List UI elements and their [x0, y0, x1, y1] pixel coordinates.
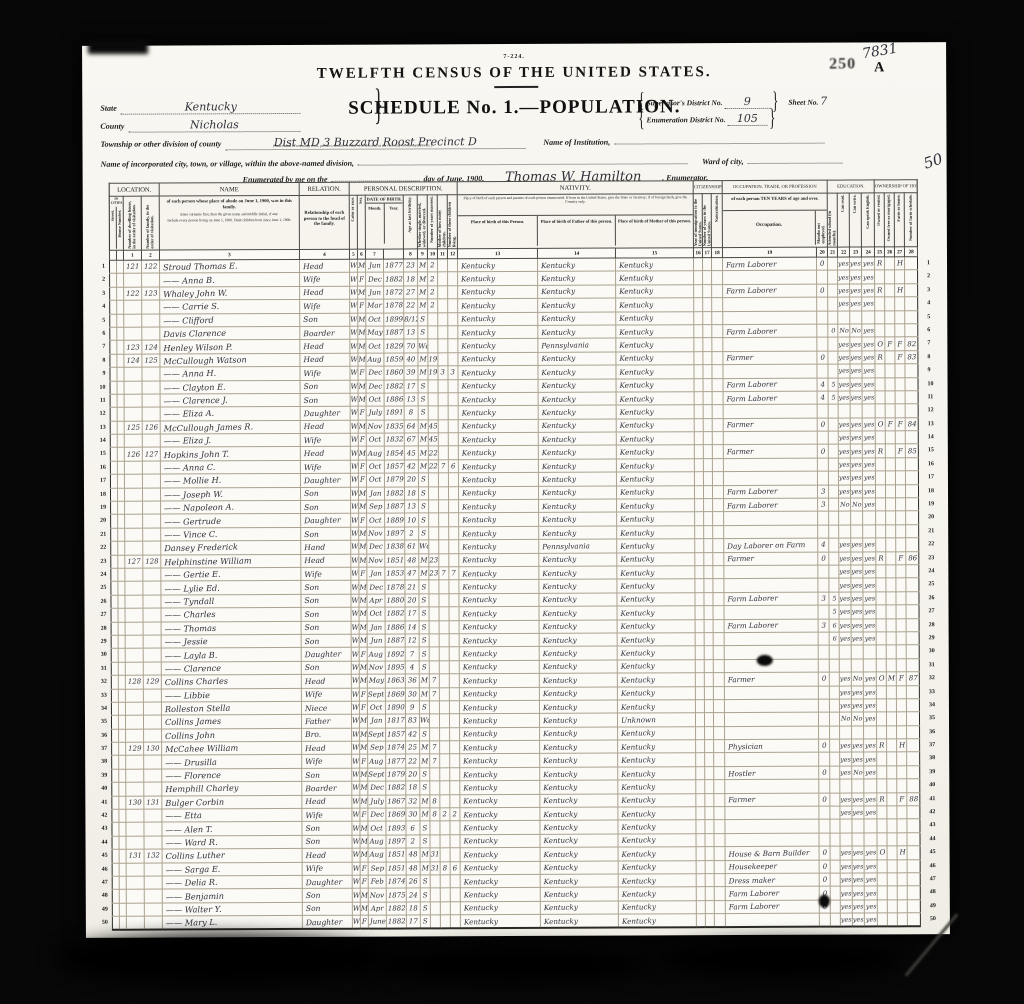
cell-birth-month: Sept	[367, 688, 385, 701]
cell-owned-rented	[875, 404, 885, 417]
cell-can-write	[851, 645, 863, 658]
cell-can-read: yes	[838, 378, 850, 391]
line-number: 39	[91, 770, 107, 783]
cell-birthplace-father: Kentucky	[540, 834, 618, 848]
cell-family-number	[142, 367, 160, 380]
cell-can-read: yes	[838, 297, 850, 310]
cell-birth-year: 1860	[384, 366, 404, 379]
cell-age: 8/12	[404, 312, 418, 325]
cell-attended-school: 5	[828, 378, 838, 391]
line-number: 1	[89, 261, 105, 274]
cell-can-read: yes	[840, 900, 852, 913]
cell-can-read: yes	[840, 873, 852, 886]
cell-mother-of-children	[440, 754, 450, 767]
cell-birthplace-mother: Unknown	[618, 713, 696, 727]
cell-can-read: yes	[839, 605, 851, 618]
cell-months-not-employed	[819, 753, 830, 766]
cell-color: W	[350, 380, 358, 393]
cell-owned-rented	[876, 471, 886, 484]
cell-occupation: Housekeeper	[725, 860, 819, 874]
col-birthplace-father: Place of birth of Father of this person.	[537, 216, 615, 246]
line-number: 17	[90, 475, 106, 488]
cell-birthplace-father: Kentucky	[540, 901, 618, 915]
cell-color: W	[350, 447, 358, 460]
census-table-wrap: LOCATION. NAME RELATION. PERSONAL DESCRI…	[109, 179, 921, 931]
column-number: 6	[357, 249, 365, 259]
cell-street	[111, 635, 118, 648]
cell-family-number	[142, 434, 160, 447]
cell-can-write: yes	[850, 431, 862, 444]
cell-children-living	[450, 741, 460, 754]
cell-attended-school: 5	[828, 391, 838, 404]
cell-sex: F	[359, 567, 367, 580]
cell-years-married	[430, 821, 440, 834]
cell-birthplace-person: Kentucky	[458, 299, 538, 313]
cell-free-mortgaged	[886, 551, 896, 564]
cell-sex: M	[359, 554, 367, 567]
cell-birthplace-person: Kentucky	[458, 312, 538, 326]
cell-street	[110, 448, 117, 461]
cell-birthplace-person: Kentucky	[458, 352, 538, 366]
cell-relation: Wife	[302, 808, 352, 822]
name-note-2: Include every person living on June 1, 1…	[160, 217, 299, 224]
cell-family-number: 131	[144, 796, 162, 809]
cell-marital-status: S	[419, 513, 429, 526]
cell-birthplace-father: Kentucky	[538, 379, 616, 393]
cell-relation: Head	[300, 340, 350, 354]
cell-can-speak-english: yes	[864, 900, 877, 913]
city-label: Name of incorporated city, town, or vill…	[101, 159, 355, 169]
cell-free-mortgaged	[885, 391, 895, 404]
cell-can-speak-english: yes	[864, 860, 877, 873]
cell-can-speak-english: yes	[863, 458, 876, 471]
cell-can-write: yes	[851, 458, 863, 471]
cell-can-write: yes	[851, 632, 863, 645]
cell-relation: Head	[300, 447, 350, 461]
cell-months-not-employed	[818, 645, 829, 658]
cell-owned-rented: R	[877, 793, 887, 806]
brace-open-2: {	[638, 103, 644, 133]
cell-dwelling-number	[124, 407, 142, 420]
cell-birth-month: Aug	[368, 848, 386, 861]
cell-color: W	[349, 259, 357, 272]
cell-children-living	[448, 326, 458, 339]
cell-farm-house	[895, 270, 905, 283]
cell-years-in-us	[703, 258, 712, 271]
cell-months-not-employed: 0	[819, 739, 830, 752]
line-number: 25	[928, 579, 944, 592]
cell-free-mortgaged	[886, 538, 896, 551]
cell-sex: M	[359, 594, 367, 607]
cell-attended-school	[829, 458, 839, 471]
col-occupation: Occupation.	[723, 211, 815, 245]
cell-color: W	[351, 514, 359, 527]
cell-farm-house	[897, 766, 907, 779]
cell-occupation	[726, 913, 820, 927]
cell-marital-status: M	[418, 366, 428, 379]
cell-years-in-us	[705, 780, 714, 793]
cell-months-not-employed	[818, 458, 829, 471]
cell-birthplace-father: Kentucky	[538, 446, 616, 460]
cell-name: —— Sarga E.	[162, 862, 302, 876]
cell-can-write: yes	[850, 270, 862, 283]
cell-dwelling-number: 123	[124, 340, 142, 353]
cell-attended-school	[829, 552, 839, 565]
line-number: 50	[92, 917, 108, 930]
cell-birthplace-person: Kentucky	[459, 513, 539, 527]
cell-farm-house: F	[895, 417, 905, 430]
cell-years-married: 19	[428, 366, 438, 379]
cell-age: 18	[406, 902, 420, 915]
cell-color: W	[352, 875, 360, 888]
cell-years-in-us	[704, 579, 713, 592]
cell-attended-school	[830, 873, 840, 886]
cell-birthplace-father: Kentucky	[540, 887, 618, 901]
cell-farm-house	[897, 806, 907, 819]
cell-birthplace-person: Kentucky	[460, 700, 540, 714]
column-number: 2	[141, 250, 159, 260]
cell-birth-year: 1893	[386, 821, 406, 834]
cell-farm-schedule	[907, 899, 920, 912]
column-number: 14	[538, 248, 616, 258]
cell-sex: M	[360, 781, 368, 794]
cell-dwelling-number	[126, 876, 144, 889]
cell-can-read	[839, 511, 851, 524]
cell-color: W	[351, 621, 359, 634]
cell-farm-house	[896, 498, 906, 511]
cell-age: 47	[405, 567, 419, 580]
cell-family-number	[143, 648, 161, 661]
cell-occupation	[725, 712, 819, 726]
cell-farm-house	[896, 565, 906, 578]
cell-birth-year: 1874	[386, 741, 406, 754]
cell-birth-month: June	[368, 915, 386, 928]
cell-name: —— Anna B.	[160, 273, 300, 287]
cell-house-number	[118, 635, 125, 648]
cell-can-speak-english: yes	[863, 618, 876, 631]
cell-mother-of-children	[438, 312, 448, 325]
cell-occupation	[723, 338, 817, 352]
cell-dwelling-number	[125, 635, 143, 648]
cell-farm-house	[896, 618, 906, 631]
cell-birthplace-mother: Kentucky	[616, 459, 694, 473]
cell-birthplace-person: Kentucky	[459, 660, 539, 674]
cell-years-married	[429, 513, 439, 526]
line-number: 33	[929, 686, 945, 699]
cell-dwelling-number	[124, 274, 142, 287]
cell-sex: M	[359, 714, 367, 727]
cell-naturalization	[714, 900, 725, 913]
cell-street	[110, 354, 117, 367]
cell-occupation: Farm Laborer	[723, 257, 817, 271]
cell-sex: F	[358, 473, 366, 486]
cell-birthplace-mother: Kentucky	[616, 325, 694, 339]
cell-years-married	[430, 902, 440, 915]
cell-sex: M	[358, 380, 366, 393]
cell-owned-rented	[877, 900, 887, 913]
cell-farm-house	[897, 859, 907, 872]
cell-occupation: Farm Laborer	[723, 284, 817, 298]
cell-sex: M	[359, 634, 367, 647]
cell-sex: M	[358, 353, 366, 366]
line-number: 15	[928, 445, 944, 458]
supervisor-value: 9	[724, 95, 770, 109]
cell-family-number	[143, 501, 161, 514]
cell-naturalization	[712, 325, 723, 338]
cell-children-living	[449, 714, 459, 727]
line-number: 14	[928, 431, 944, 444]
cell-years-in-us	[705, 833, 714, 846]
cell-mother-of-children	[440, 915, 450, 928]
cell-naturalization	[712, 258, 723, 271]
cell-color: W	[351, 661, 359, 674]
column-number: 25	[875, 247, 885, 257]
cell-can-read: yes	[840, 686, 852, 699]
cell-birth-month: Jan	[366, 487, 384, 500]
cell-birthplace-person: Kentucky	[458, 392, 538, 406]
cell-age: 61	[405, 540, 419, 553]
cell-birthplace-mother: Kentucky	[616, 271, 694, 285]
cell-marital-status: M	[420, 741, 430, 754]
line-number: 11	[928, 391, 944, 404]
cell-farm-schedule	[907, 886, 920, 899]
cell-attended-school	[829, 672, 839, 685]
cell-name: Davis Clarence	[160, 326, 300, 340]
cell-dwelling-number	[126, 889, 144, 902]
cell-dwelling-number	[125, 648, 143, 661]
cell-birthplace-father: Pennsylvania	[538, 338, 616, 352]
col-birth-year: Year.	[384, 203, 403, 243]
cell-free-mortgaged	[885, 324, 895, 337]
cell-occupation: Farm Laborer	[724, 498, 818, 512]
cell-naturalization	[714, 699, 725, 712]
cell-farm-house	[896, 538, 906, 551]
line-number: 42	[91, 810, 107, 823]
cell-occupation: Hostler	[725, 766, 819, 780]
col-can-speak-english: Can speak English.	[861, 193, 874, 247]
cell-name: —— Alen T.	[162, 822, 302, 836]
cell-years-married	[429, 701, 439, 714]
enumeration-district-line: { Enumeration District No. 105 }	[638, 109, 938, 127]
cell-street	[112, 742, 119, 755]
cell-years-married: 7	[430, 741, 440, 754]
cell-birth-year: 1892	[385, 647, 405, 660]
cell-immigration-year	[695, 673, 704, 686]
line-number: 45	[930, 846, 946, 859]
cell-name: McCahee William	[162, 742, 302, 756]
cell-birthplace-person: Kentucky	[460, 727, 540, 741]
group-nativity: NATIVITY.	[457, 181, 693, 195]
cell-naturalization	[713, 552, 724, 565]
cell-owned-rented: R	[875, 444, 885, 457]
cell-age: 13	[404, 393, 418, 406]
cell-attended-school	[830, 753, 840, 766]
cell-name: —— Lylie Ed.	[161, 581, 301, 595]
cell-can-write	[851, 659, 863, 672]
cell-birth-year: 1882	[384, 272, 404, 285]
cell-age: 7	[405, 647, 419, 660]
cell-birthplace-father: Kentucky	[538, 312, 616, 326]
cell-free-mortgaged	[887, 699, 897, 712]
cell-house-number	[118, 555, 125, 568]
cell-birth-month: Sep	[367, 500, 385, 513]
cell-birth-month: July	[368, 795, 386, 808]
cell-relation: Hand	[301, 540, 351, 554]
cell-sex: M	[358, 286, 366, 299]
cell-years-married	[430, 888, 440, 901]
cell-birth-year: 1886	[385, 621, 405, 634]
cell-color: W	[352, 755, 360, 768]
cell-mother-of-children	[438, 286, 448, 299]
cell-farm-schedule	[907, 752, 920, 765]
cell-name: —— Etta	[162, 808, 302, 822]
cell-marital-status: M	[420, 754, 430, 767]
cell-mother-of-children	[440, 781, 450, 794]
cell-children-living	[450, 768, 460, 781]
cell-family-number	[142, 461, 160, 474]
cell-can-read	[839, 645, 851, 658]
cell-owned-rented	[876, 592, 886, 605]
cell-naturalization	[714, 726, 725, 739]
cell-farm-house	[895, 364, 905, 377]
cell-street	[112, 849, 119, 862]
line-number: 29	[929, 632, 945, 645]
cell-marital-status: S	[418, 379, 428, 392]
cell-years-married	[428, 312, 438, 325]
cell-birthplace-person: Kentucky	[458, 258, 538, 272]
cell-birthplace-father: Kentucky	[539, 620, 617, 634]
cell-farm-house	[896, 645, 906, 658]
cell-house-number	[118, 702, 125, 715]
cell-owned-rented	[875, 431, 885, 444]
cell-family-number	[143, 662, 161, 675]
cell-birth-month: Oct	[367, 701, 385, 714]
cell-farm-schedule: 85	[905, 444, 918, 457]
cell-name: —— Libbie	[161, 688, 301, 702]
cell-attended-school	[829, 645, 839, 658]
cell-relation: Son	[301, 607, 351, 621]
census-table: LOCATION. NAME RELATION. PERSONAL DESCRI…	[109, 179, 921, 931]
group-occupation: OCCUPATION, TRADE, OR PROFESSION	[722, 180, 827, 193]
line-number: 25	[90, 582, 106, 595]
cell-farm-schedule	[906, 565, 919, 578]
cell-street	[110, 341, 117, 354]
cell-birthplace-person: Kentucky	[459, 633, 539, 647]
cell-farm-schedule	[906, 471, 919, 484]
cell-free-mortgaged	[887, 886, 897, 899]
line-number: 20	[90, 515, 106, 528]
cell-farm-house	[896, 605, 906, 618]
cell-marital-status: M	[418, 433, 428, 446]
cell-occupation	[723, 364, 817, 378]
cell-years-married	[429, 607, 439, 620]
cell-house-number	[118, 649, 125, 662]
cell-free-mortgaged	[886, 565, 896, 578]
cell-relation: Son	[301, 621, 351, 635]
cell-street	[110, 421, 117, 434]
cell-birth-year: 1851	[385, 554, 405, 567]
line-number: 47	[930, 873, 946, 886]
cell-years-in-us	[705, 793, 714, 806]
cell-mother-of-children	[439, 647, 449, 660]
cell-owned-rented: R	[875, 257, 885, 270]
cell-children-living	[449, 513, 459, 526]
cell-age: 17	[405, 607, 419, 620]
cell-mother-of-children	[437, 259, 447, 272]
cell-farm-house	[896, 659, 906, 672]
cell-can-read: yes	[839, 672, 851, 685]
cell-street	[110, 327, 117, 340]
cell-birthplace-mother: Kentucky	[618, 740, 696, 754]
cell-birthplace-father: Kentucky	[538, 325, 616, 339]
cell-marital-status: M	[418, 299, 428, 312]
group-location: LOCATION.	[109, 183, 159, 196]
cell-street	[112, 836, 119, 849]
cell-marital-status: S	[418, 487, 428, 500]
cell-birthplace-person: Kentucky	[459, 620, 539, 634]
cell-naturalization	[712, 445, 723, 458]
cell-dwelling-number	[125, 528, 143, 541]
cell-street	[110, 434, 117, 447]
cell-birth-year: 1878	[385, 580, 405, 593]
cell-can-read: yes	[839, 565, 851, 578]
cell-attended-school	[830, 860, 840, 873]
cell-family-number	[142, 381, 160, 394]
cell-can-read	[840, 779, 852, 792]
cell-attended-school	[829, 538, 839, 551]
cell-relation: Head	[299, 259, 349, 273]
cell-children-living	[449, 607, 459, 620]
cell-sex: F	[358, 366, 366, 379]
cell-years-in-us	[704, 552, 713, 565]
cell-dwelling-number	[124, 394, 142, 407]
cell-birthplace-father: Kentucky	[538, 432, 616, 446]
cell-immigration-year	[695, 552, 704, 565]
line-number: 35	[929, 712, 945, 725]
cell-naturalization	[713, 512, 724, 525]
cell-sex: M	[358, 313, 366, 326]
cell-family-number: 123	[142, 287, 160, 300]
line-number: 22	[928, 538, 944, 551]
cell-color: W	[351, 500, 359, 513]
cell-birthplace-mother: Kentucky	[617, 606, 695, 620]
cell-can-read: No	[838, 324, 850, 337]
cell-can-write: yes	[850, 378, 862, 391]
sheet-label: Sheet No.	[788, 98, 818, 107]
cell-color: W	[350, 273, 358, 286]
cell-mother-of-children	[439, 540, 449, 553]
cell-can-write: yes	[851, 471, 863, 484]
subheader-row: IN CITIES. Street. House Number. Number …	[109, 193, 917, 251]
line-number: 35	[91, 716, 107, 729]
ward-label: Ward of city,	[702, 157, 744, 166]
cell-age: 45	[404, 446, 418, 459]
cell-color: W	[350, 326, 358, 339]
cell-years-in-us	[705, 766, 714, 779]
cell-birthplace-person: Kentucky	[458, 366, 538, 380]
cell-immigration-year	[695, 459, 704, 472]
cell-children-living	[450, 901, 460, 914]
cell-occupation	[723, 404, 817, 418]
line-number: 28	[91, 622, 107, 635]
cell-children-living	[448, 352, 458, 365]
cell-birthplace-mother: Kentucky	[618, 807, 696, 821]
cell-marital-status: M	[418, 272, 428, 285]
cell-color: W	[350, 420, 358, 433]
cell-name: —— Florence	[162, 768, 302, 782]
cell-can-speak-english: yes	[864, 846, 877, 859]
cell-dwelling-number	[125, 595, 143, 608]
